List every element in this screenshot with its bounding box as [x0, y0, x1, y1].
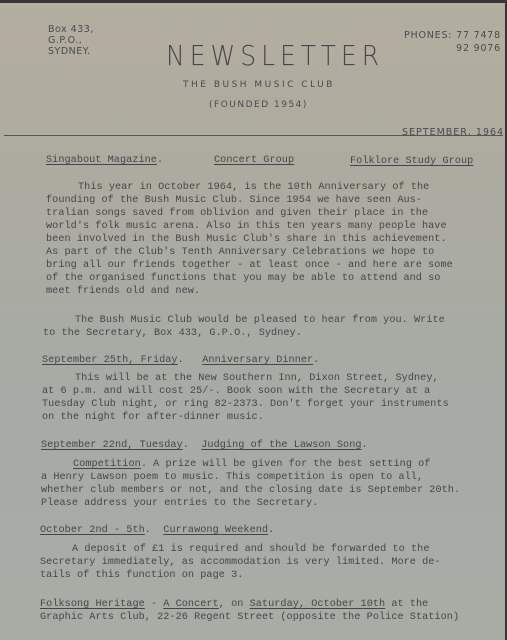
- punct: , on: [219, 599, 250, 610]
- text-line: The Bush Music Club would be pleased to …: [75, 314, 445, 327]
- event-title: Judging of the Lawson Song: [201, 440, 361, 451]
- text-line: been involved in the Bush Music Club's s…: [46, 233, 447, 246]
- punct: -: [145, 599, 164, 610]
- text-line: founding of the Bush Music Club. Since 1…: [46, 194, 422, 207]
- text-line: tralian songs saved from oblivion and gi…: [46, 207, 428, 220]
- punct: .: [157, 155, 163, 166]
- text-line: at 6 p.m. and will cost 25/-. Book soon …: [42, 385, 430, 398]
- text-line: world's folk music arena. Also in this t…: [46, 220, 447, 233]
- header-divider: [4, 135, 503, 136]
- text-line: A deposit of £1 is required and should b…: [72, 543, 429, 556]
- address-line: SYDNEY.: [48, 46, 94, 57]
- founded-year: (FOUNDED 1954): [209, 100, 308, 110]
- text-line: whether club members or not, and the clo…: [41, 484, 460, 497]
- text-line: Graphic Arts Club, 22-26 Regent Street (…: [40, 611, 459, 624]
- event-title: Anniversary Dinner: [202, 355, 313, 366]
- newsletter-page: Box 433, G.P.O., SYDNEY. NEWSLETTER THE …: [0, 3, 505, 640]
- text-line: Please address your entries to the Secre…: [41, 497, 318, 510]
- event-title-cont: Competition: [73, 459, 141, 470]
- event-title: Folksong Heritage: [40, 599, 145, 610]
- address-line: Box 433,: [48, 24, 94, 35]
- text-line: of the organised functions that you may …: [46, 272, 440, 285]
- event-subtitle: A Concert: [163, 599, 218, 610]
- event-date: September 22nd, Tuesday: [41, 440, 183, 451]
- event-date: September 25th, Friday: [42, 355, 178, 366]
- event-title: Currawong Weekend: [163, 525, 268, 536]
- text-line: meet friends old and new.: [46, 285, 200, 298]
- text-line: . A prize will be given for the best set…: [141, 459, 431, 470]
- club-name: THE BUSH MUSIC CLUB: [183, 80, 335, 90]
- text-line: Secretary immediately, as accommodation …: [40, 556, 441, 569]
- address-line: G.P.O.,: [48, 35, 94, 46]
- text-line: This will be at the New Southern Inn, Di…: [75, 372, 439, 385]
- phone-line: 92 9076: [404, 42, 501, 55]
- postal-address: Box 433, G.P.O., SYDNEY.: [48, 24, 94, 57]
- text-line: a Henry Lawson poem to music. This compe…: [41, 471, 423, 484]
- event-date: Saturday, October 10th: [250, 599, 386, 610]
- topic-concert-group: Concert Group: [214, 154, 294, 167]
- topic-singabout: Singabout Magazine: [46, 155, 157, 166]
- issue-date: SEPTEMBER, 1964: [402, 127, 504, 138]
- topic-folklore-study-group: Folklore Study Group: [350, 155, 473, 168]
- text-line: bring all our friends together - at leas…: [46, 259, 453, 272]
- text-line: tails of this function on page 3.: [40, 569, 243, 582]
- event-date: October 2nd - 5th: [40, 525, 145, 536]
- phone-numbers: PHONES: 77 7478 92 9076: [404, 29, 501, 55]
- text-line: on the night for after-dinner music.: [42, 411, 264, 424]
- newsletter-title: NEWSLETTER: [166, 39, 384, 71]
- phone-line: PHONES: 77 7478: [404, 29, 501, 42]
- text-line: This year in October 1964, is the 10th A…: [78, 181, 429, 194]
- text-line: As part of the Club's Tenth Anniversary …: [46, 246, 434, 259]
- text-line: Tuesday Club night, or ring 82-2373. Don…: [42, 398, 449, 411]
- text-line: to the Secretary, Box 433, G.P.O., Sydne…: [43, 327, 302, 340]
- text-line: at the: [385, 599, 428, 610]
